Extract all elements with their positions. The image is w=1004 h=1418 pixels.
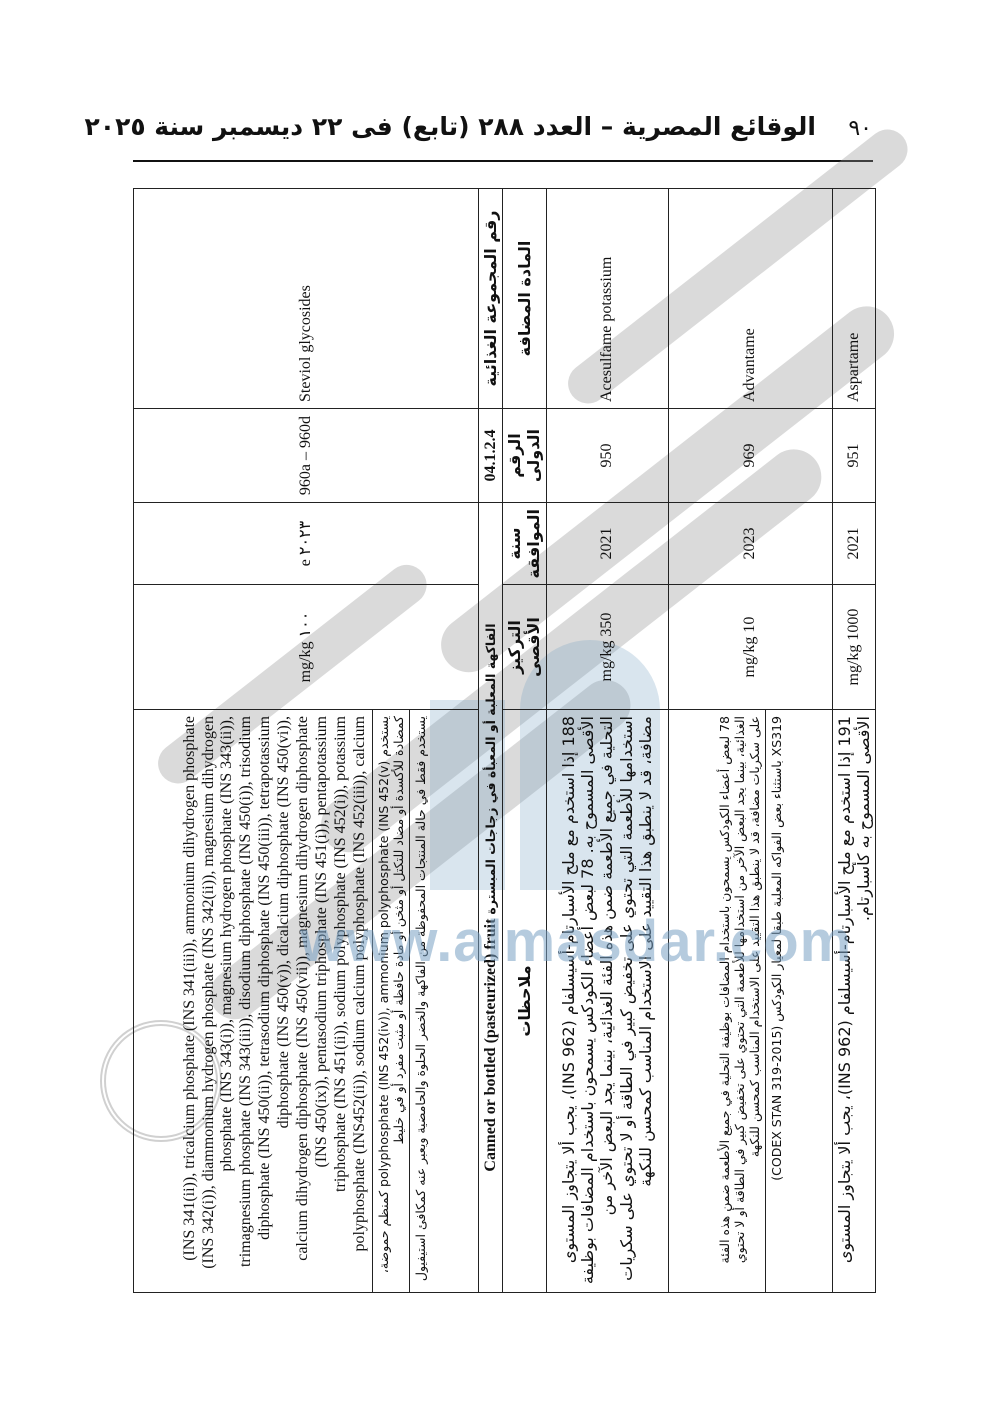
cell-notes: 188 إذا استخدم مع ملح الأسبارتام-أسيسلفا… bbox=[546, 710, 668, 1293]
cell-ins: 951 bbox=[832, 409, 875, 503]
table-row: Aspartame 951 2021 1000 mg/kg 191 إذا اس… bbox=[832, 189, 875, 1293]
category-row: رقم المجموعة الغذائية 04.1.2.4 الفاكهة ا… bbox=[479, 189, 503, 1293]
additives-table: Steviol glycosides 960a – 960d ٢٠٢٣ e ١٠… bbox=[133, 188, 876, 1293]
header-max-level: التركيز الأقصى bbox=[503, 585, 546, 710]
page-header: ٩٠ الوقائع المصرية – العدد ٢٨٨ (تابع) فى… bbox=[150, 112, 872, 152]
header-year: سنة الموافقة bbox=[503, 503, 546, 585]
cell-max-level: 1000 mg/kg bbox=[832, 585, 875, 710]
phosphate-line: calcium dihydrogen diphosphate (INS 450(… bbox=[294, 716, 332, 1286]
page-number: ٩٠ bbox=[848, 116, 872, 141]
table-row: Advantame 969 2023 10 mg/kg 78 لبعض أعضا… bbox=[668, 189, 832, 1293]
category-code: 04.1.2.4 bbox=[479, 409, 503, 503]
phosphate-line: triphosphate (INS 451(ii)), sodium polyp… bbox=[332, 716, 370, 1286]
cell-additive: Advantame bbox=[668, 189, 832, 409]
cell-additive: Aspartame bbox=[832, 189, 875, 409]
category-name-en: Canned or bottled (pasteurized) fruit bbox=[482, 919, 499, 1172]
note-78: 78 لبعض أعضاء الكودكس يسمحون باستخدام ال… bbox=[714, 710, 765, 1292]
header-row: المادة المضافة الرقم الدولى سنة الموافقة… bbox=[503, 189, 546, 1293]
cell-additive: Steviol glycosides bbox=[134, 189, 479, 409]
cell-year: 2021 bbox=[832, 503, 875, 585]
phosphate-line: (INS 341(ii)), tricalcium phosphate (INS… bbox=[181, 716, 200, 1286]
phosphate-line: trimagnesium phosphate (INS 343(iii)), d… bbox=[237, 716, 294, 1286]
header-group-number: رقم المجموعة الغذائية bbox=[479, 189, 503, 409]
cell-max-level: 10 mg/kg bbox=[668, 585, 832, 710]
header-divider bbox=[133, 160, 873, 162]
note-steviol: يستخدم فقط في حالة المنتجات المحفوظة من … bbox=[409, 710, 431, 1292]
cell-ins: 950 bbox=[546, 409, 668, 503]
header-additive: المادة المضافة bbox=[503, 189, 546, 409]
gazette-title: الوقائع المصرية – العدد ٢٨٨ (تابع) فى ٢٢… bbox=[85, 112, 816, 141]
cell-max-level: 350 mg/kg bbox=[546, 585, 668, 710]
phosphate-line: (INS 342(i)), diammonium hydrogen phosph… bbox=[200, 716, 238, 1286]
header-ins: الرقم الدولى bbox=[503, 409, 546, 503]
additives-table-rotated: Steviol glycosides 960a – 960d ٢٠٢٣ e ١٠… bbox=[133, 189, 872, 1293]
note-xs319: XS319 باستثناء بعض الفواكه المعلبة طبقا … bbox=[765, 710, 787, 1292]
phosphate-list: (INS 341(ii)), tricalcium phosphate (INS… bbox=[181, 716, 370, 1286]
table-row-steviol: Steviol glycosides 960a – 960d ٢٠٢٣ e ١٠… bbox=[134, 189, 479, 1293]
category-name-ar: الفاكهة المعلبة أو المعبأة في زجاجات الم… bbox=[483, 623, 498, 914]
cell-ins: 960a – 960d bbox=[134, 409, 479, 503]
cell-year: 2023 bbox=[668, 503, 832, 585]
cell-ins: 969 bbox=[668, 409, 832, 503]
table-row: Acesulfame potassium 950 2021 350 mg/kg … bbox=[546, 189, 668, 1293]
header-notes: ملاحظات bbox=[503, 710, 546, 1293]
cell-notes: 78 لبعض أعضاء الكودكس يسمحون باستخدام ال… bbox=[668, 710, 832, 1293]
cell-additive: Acesulfame potassium bbox=[546, 189, 668, 409]
cell-year: 2021 bbox=[546, 503, 668, 585]
category-name: الفاكهة المعلبة أو المعبأة في زجاجات الم… bbox=[479, 503, 503, 1293]
note-usage: يستخدم polyphosphate (INS 452(iv)), ammo… bbox=[372, 710, 409, 1292]
cell-max-level: ١٠٠ mg/kg bbox=[134, 585, 479, 710]
cell-notes: 191 إذا استخدم مع ملح الأسبارتام-أسيسلفا… bbox=[832, 710, 875, 1293]
cell-notes: (INS 341(ii)), tricalcium phosphate (INS… bbox=[134, 710, 479, 1293]
cell-year: ٢٠٢٣ e bbox=[134, 503, 479, 585]
